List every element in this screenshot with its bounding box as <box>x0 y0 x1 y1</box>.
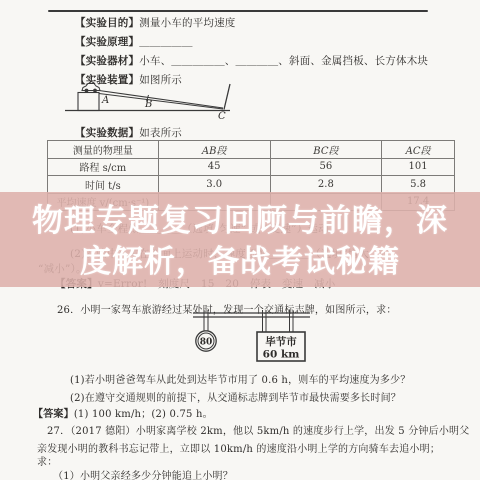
experiment-purpose-text: 测量小车的平均速度 <box>139 17 235 29</box>
distance-ac: 101 <box>382 158 455 176</box>
traffic-sign-diagram: 80 毕节市 60 km <box>185 308 317 368</box>
header-bc: BC段 <box>270 141 382 159</box>
experiment-principle-label: 【实验原理】 <box>75 36 139 48</box>
experiment-data-label: 【实验数据】 <box>75 127 139 139</box>
experiment-purpose-label: 【实验目的】 <box>75 17 139 29</box>
speed-limit-value: 80 <box>200 338 213 348</box>
row-distance-label: 路程 s/cm <box>48 158 159 176</box>
question-26-answer-label: 【答案】 <box>33 409 74 420</box>
distance-ab: 45 <box>158 158 270 176</box>
experiment-data-line: 【实验数据】如表所示 <box>75 125 182 140</box>
city-distance: 60 km <box>263 349 300 361</box>
distance-bc: 56 <box>270 158 382 176</box>
experiment-principle-blank: ＿＿＿＿＿ <box>139 36 193 48</box>
support-block <box>78 93 99 111</box>
table-row-distance: 路程 s/cm 45 56 101 <box>48 158 455 176</box>
experiment-apparatus-label: 【实验器材】 <box>75 55 139 67</box>
table-row-time: 时间 t/s 3.0 2.8 5.8 <box>48 176 455 194</box>
experiment-principle-line: 【实验原理】＿＿＿＿＿ <box>75 34 193 49</box>
banner-text-line-1: 物理专题复习回顾与前瞻，深 <box>0 201 480 242</box>
point-a-label: A <box>101 95 109 106</box>
table-header-row: 测量的物理量 AB段 BC段 AC段 <box>48 141 455 159</box>
promo-banner-overlay: 物理专题复习回顾与前瞻，深 度解析，备战考试秘籍 <box>0 192 480 287</box>
question-27-part1: （1）小明父亲经多少分钟能追上小明？ <box>53 467 233 480</box>
question-27-line1: 27．（2017 德阳）小明家离学校 2km，他以 5km/h 的速度步行上学，… <box>47 422 469 437</box>
point-c-label: C <box>218 111 226 122</box>
experiment-purpose-line: 【实验目的】测量小车的平均速度 <box>75 15 236 30</box>
toy-car-icon <box>82 84 100 93</box>
question-27-line3: 求： <box>37 453 57 468</box>
row-time-label: 时间 t/s <box>48 176 159 194</box>
question-26-answer-text: (1) 100 km/h；(2) 0.75 h。 <box>74 409 213 420</box>
header-quantity: 测量的物理量 <box>48 141 159 159</box>
experiment-data-text: 如表所示 <box>139 127 182 139</box>
question-26-answer-line: 【答案】(1) 100 km/h；(2) 0.75 h。 <box>33 405 213 420</box>
time-ab: 3.0 <box>158 176 270 194</box>
experiment-apparatus-text: 小车、＿＿＿＿＿、＿＿＿＿、斜面、金属挡板、长方体木块 <box>139 55 428 67</box>
question-26-part2: (2)在遵守交通规则的前提下，从交通标志牌到毕节市最快需要多长时间？ <box>70 389 401 404</box>
time-ac: 5.8 <box>382 176 455 194</box>
incline-diagram: A B C <box>62 80 237 120</box>
header-ab: AB段 <box>158 141 270 159</box>
question-26-part1: (1)若小明爸爸驾车从此处到达毕节市用了 0.6 h，则车的平均速度为多少？ <box>70 371 410 386</box>
document-page: 【实验目的】测量小车的平均速度 【实验原理】＿＿＿＿＿ 【实验器材】小车、＿＿＿… <box>0 0 480 480</box>
city-name: 毕节市 <box>265 335 297 348</box>
banner-text-line-2: 度解析，备战考试秘籍 <box>0 242 480 283</box>
header-ac: AC段 <box>382 141 455 159</box>
top-divider <box>48 10 428 12</box>
experiment-apparatus-line: 【实验器材】小车、＿＿＿＿＿、＿＿＿＿、斜面、金属挡板、长方体木块 <box>75 53 428 68</box>
point-b-label: B <box>144 99 152 110</box>
metal-baffle <box>224 84 230 110</box>
time-bc: 2.8 <box>270 176 382 194</box>
city-distance-sign: 毕节市 60 km <box>257 332 305 361</box>
speed-limit-sign: 80 <box>196 331 216 351</box>
question-27-line2: 亲发现小明的教科书忘记带上，立即以 10km/h 的速度沿小明上学的方向骑车去追… <box>37 440 440 455</box>
